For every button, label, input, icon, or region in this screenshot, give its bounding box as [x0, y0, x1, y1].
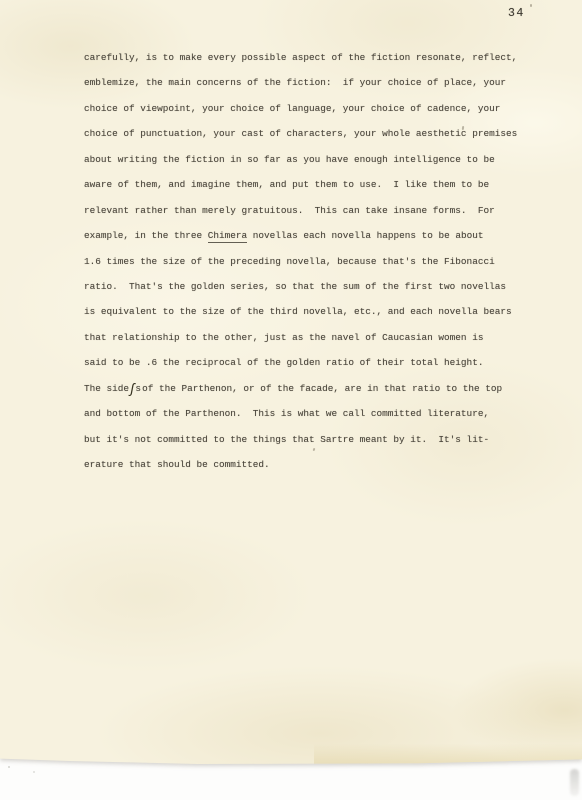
text-line: choice of punctuation, your cast of char…: [84, 121, 552, 146]
scanned-document-view: 34 carefully, is to make every possible …: [0, 0, 582, 800]
text-line: is equivalent to the size of the third n…: [84, 299, 552, 324]
text-line: but it's not committed to the things tha…: [84, 427, 552, 452]
text-line: relevant rather than merely gratuitous. …: [84, 198, 552, 223]
text-segment: novellas each novella happens to be abou…: [247, 230, 483, 241]
scan-speck: [530, 4, 532, 7]
text-segment: carefully, is to make every possible asp…: [84, 52, 517, 63]
text-segment: example, in the three: [84, 230, 208, 241]
text-segment: The side: [84, 383, 129, 394]
text-segment: relevant rather than merely gratuitous. …: [84, 205, 495, 216]
text-segment: and bottom of the Parthenon. This is wha…: [84, 408, 489, 419]
text-line: and bottom of the Parthenon. This is wha…: [84, 401, 552, 426]
text-segment: of the Parthenon, or of the facade, are …: [142, 383, 502, 394]
paper-shadow-wrap: 34 carefully, is to make every possible …: [0, 0, 582, 800]
text-line: carefully, is to make every possible asp…: [84, 45, 552, 70]
text-segment: ratio. That's the golden series, so that…: [84, 281, 506, 292]
text-block: carefully, is to make every possible asp…: [84, 45, 552, 477]
text-line: example, in the three Chimera novellas e…: [84, 223, 552, 248]
text-segment: but it's not committed to the things tha…: [84, 434, 489, 445]
text-line: said to be .6 the reciprocal of the gold…: [84, 350, 552, 375]
underlined-title-chimera: Chimera: [208, 230, 247, 243]
text-segment: erature that should be committed.: [84, 459, 270, 470]
scan-speck: [8, 766, 10, 768]
scan-speck: [33, 771, 35, 773]
text-line: ratio. That's the golden series, so that…: [84, 274, 552, 299]
text-line: about writing the fiction in so far as y…: [84, 147, 552, 172]
scan-edge-smudge: [570, 769, 579, 796]
paper-page: 34 carefully, is to make every possible …: [0, 0, 582, 764]
text-line: that relationship to the other, just as …: [84, 325, 552, 350]
text-segment: is equivalent to the size of the third n…: [84, 306, 512, 317]
text-line: erature that should be committed.: [84, 452, 552, 477]
text-line: choice of viewpoint, your choice of lang…: [84, 96, 552, 121]
text-segment: emblemize, the main concerns of the fict…: [84, 77, 506, 88]
text-line: 1.6 times the size of the preceding nove…: [84, 249, 552, 274]
text-segment: 1.6 times the size of the preceding nove…: [84, 256, 495, 267]
text-line: The sideʃsof the Parthenon, or of the fa…: [84, 376, 552, 401]
text-segment: s: [135, 383, 141, 394]
text-segment: choice of viewpoint, your choice of lang…: [84, 103, 500, 114]
text-segment: said to be .6 the reciprocal of the gold…: [84, 357, 483, 368]
text-line: emblemize, the main concerns of the fict…: [84, 70, 552, 95]
text-segment: that relationship to the other, just as …: [84, 332, 483, 343]
text-segment: choice of punctuation, your cast of char…: [84, 128, 517, 139]
text-segment: aware of them, and imagine them, and put…: [84, 179, 489, 190]
page-number: 34: [508, 7, 525, 20]
text-segment: about writing the fiction in so far as y…: [84, 154, 495, 165]
text-line: aware of them, and imagine them, and put…: [84, 172, 552, 197]
